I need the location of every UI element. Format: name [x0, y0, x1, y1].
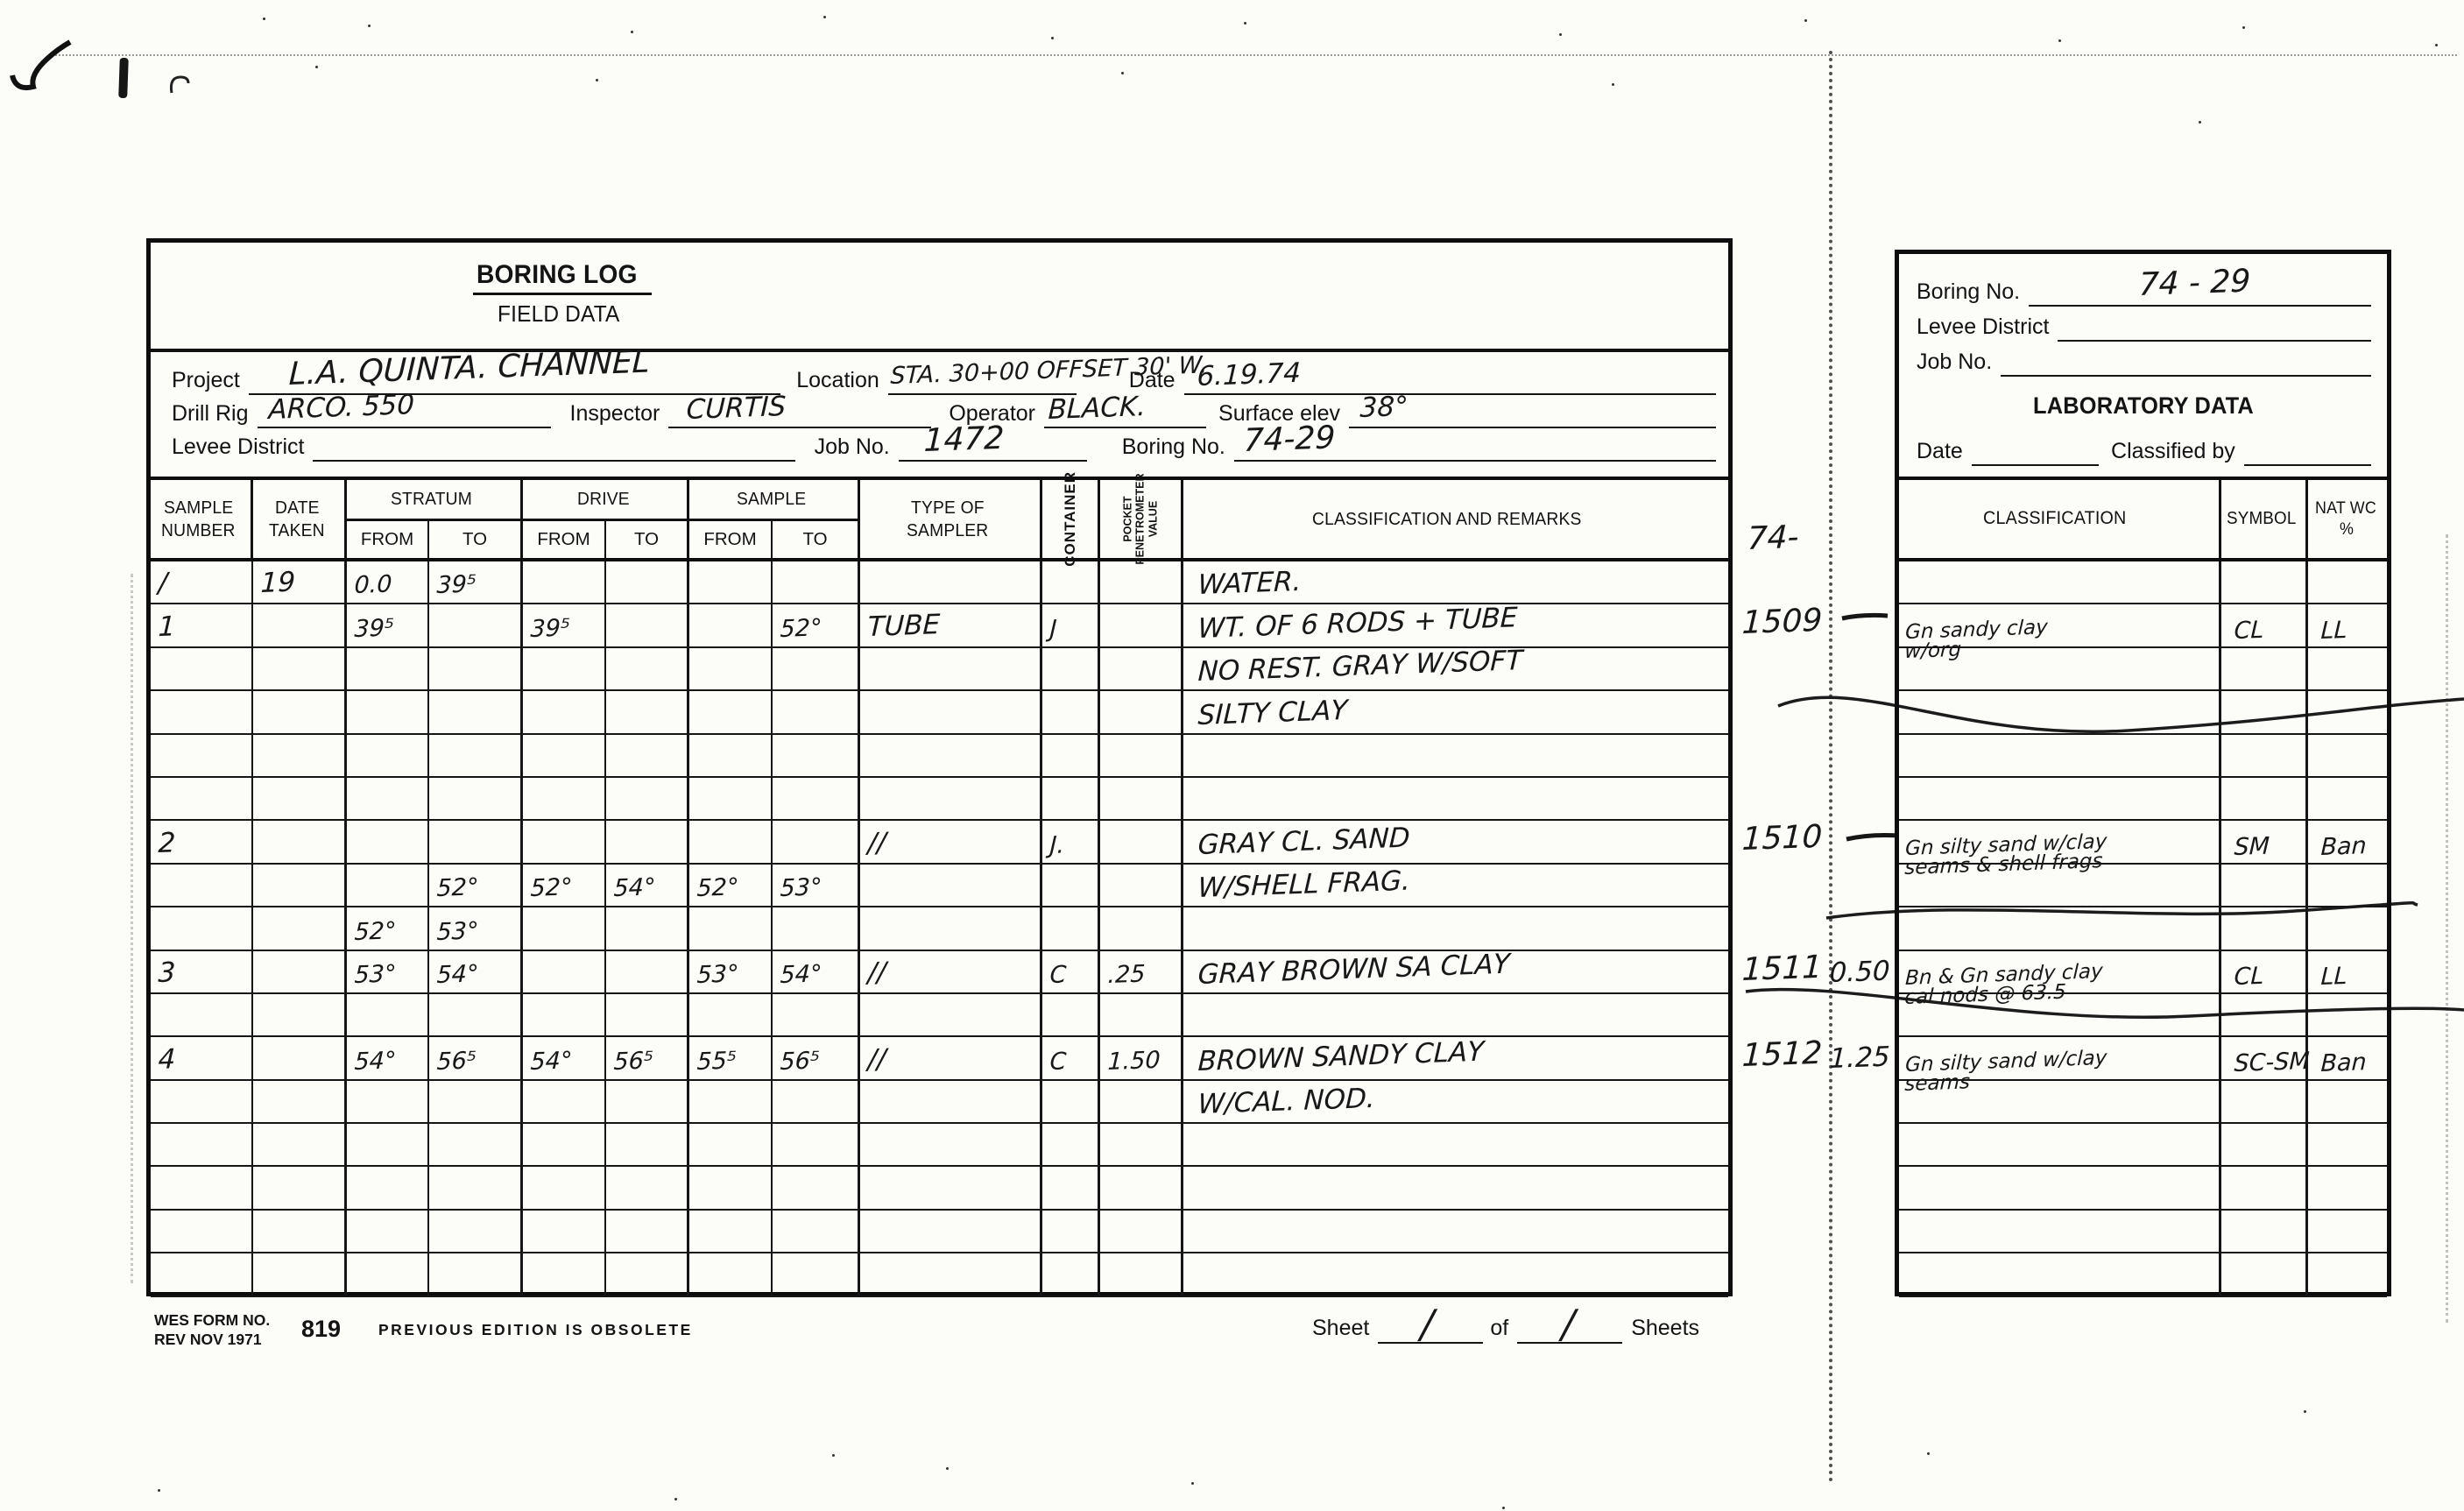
cell-classification-value: BROWN SANDY CLAY — [1197, 1035, 1485, 1077]
lab-symbol-value: CL — [2234, 963, 2264, 991]
sheets-number-field: ∕ — [1517, 1305, 1622, 1344]
cell-date-taken — [253, 691, 347, 734]
lab-date-label: Date — [1917, 441, 1963, 466]
cell-type-of-sampler — [860, 907, 1042, 950]
lab-table-row: Gn silty sand w/clayseamsSC-SMBan — [1899, 1037, 2387, 1080]
lab-classification-value — [1904, 1281, 2220, 1310]
cell-sample-to — [773, 778, 860, 821]
cell-pocket-penetrometer — [1100, 1253, 1183, 1296]
lab-margin-value: 1.25 — [1829, 1041, 1890, 1075]
cell-sample-number — [151, 1124, 253, 1167]
cell-classification: WATER. — [1183, 561, 1728, 604]
cell-container — [1042, 907, 1100, 950]
cell-sample-from — [689, 1124, 773, 1167]
cell-sample-to — [773, 1081, 860, 1124]
cell-classification-value: WATER. — [1197, 566, 1302, 601]
col-container: CONTAINER — [1042, 480, 1100, 558]
cell-sample-number — [151, 1081, 253, 1124]
cell-stratum-to — [429, 1081, 523, 1124]
cell-classification: SILTY CLAY — [1183, 691, 1728, 734]
cell-sample-to: 54° — [773, 951, 860, 994]
cell-date-taken — [253, 994, 347, 1037]
lab-col-nat-wc: NAT WC% — [2308, 480, 2387, 558]
cell-classification: W/SHELL FRAG. — [1183, 865, 1728, 907]
cell-sample-number — [151, 778, 253, 821]
cell-type-of-sampler — [860, 735, 1042, 778]
cell-classification — [1183, 907, 1728, 950]
cell-sample-number — [151, 865, 253, 907]
col-date-taken: DATETAKEN — [253, 480, 347, 558]
field-table-row: W/CAL. NOD. — [151, 1081, 1728, 1124]
cell-date-taken — [253, 865, 347, 907]
operator-field: BLACK. — [1044, 392, 1206, 428]
cell-sample-to — [773, 994, 860, 1037]
cell-lab-symbol — [2221, 1081, 2308, 1124]
cell-stratum-from — [347, 691, 429, 734]
cell-sample-from-value: 53° — [696, 960, 739, 989]
cell-lab-symbol — [2221, 994, 2308, 1037]
cell-sample-number-value: 2 — [158, 827, 176, 859]
cell-drive-from — [523, 951, 606, 994]
cell-stratum-to — [429, 1124, 523, 1167]
cell-sample-number: 1 — [151, 604, 253, 647]
cell-type-of-sampler — [860, 1124, 1042, 1167]
cell-lab-symbol: SM — [2221, 821, 2308, 864]
cell-sample-from — [689, 778, 773, 821]
cell-drive-to — [606, 778, 689, 821]
cell-stratum-to: 56⁵ — [429, 1037, 523, 1080]
cell-sample-number: 2 — [151, 821, 253, 864]
cell-drive-from: 52° — [523, 865, 606, 907]
cell-date-taken — [253, 778, 347, 821]
cell-sample-from — [689, 735, 773, 778]
cell-lab-classification — [1899, 735, 2221, 778]
cell-drive-from: 39⁵ — [523, 604, 606, 647]
sheets-label: Sheets — [1631, 1316, 1699, 1344]
cell-sample-number-value: ∕ — [158, 568, 168, 599]
field-table-row — [151, 994, 1728, 1037]
cell-stratum-to — [429, 821, 523, 864]
cell-pocket-penetrometer — [1100, 1124, 1183, 1167]
cell-drive-to — [606, 1253, 689, 1296]
cell-pocket-penetrometer: 1.50 — [1100, 1037, 1183, 1080]
cell-container — [1042, 1081, 1100, 1124]
margin-log-number: 1511 — [1741, 949, 1823, 987]
cell-drive-from — [523, 1124, 606, 1167]
cell-drive-from — [523, 994, 606, 1037]
cell-stratum-from — [347, 1211, 429, 1253]
cell-pocket-penetrometer — [1100, 1081, 1183, 1124]
corner-note: 74- — [1747, 519, 1799, 557]
cell-lab-symbol — [2221, 1211, 2308, 1253]
scanned-boring-log-page: BORING LOG FIELD DATA Project L.A. QUINT… — [0, 0, 2464, 1511]
cell-sample-from — [689, 1211, 773, 1253]
cell-sample-number-value: 3 — [158, 957, 176, 989]
cell-sample-number — [151, 907, 253, 950]
cell-classification — [1183, 994, 1728, 1037]
cell-classification — [1183, 1253, 1728, 1296]
cell-lab-symbol — [2221, 1253, 2308, 1296]
cell-sample-number: 3 — [151, 951, 253, 994]
cell-container-value: J — [1049, 615, 1057, 642]
cell-stratum-from-value: 54° — [354, 1047, 397, 1076]
cell-sample-from-value: 52° — [696, 873, 739, 902]
cell-stratum-to-value: 54° — [436, 960, 479, 989]
cell-sample-to-value: 54° — [780, 960, 823, 989]
sheet-number-field: ∕ — [1378, 1305, 1483, 1344]
lab-table-row — [1899, 1253, 2387, 1296]
cell-pocket-penetrometer — [1100, 865, 1183, 907]
cell-sample-number — [151, 648, 253, 691]
cell-container — [1042, 1253, 1100, 1296]
cell-sample-number — [151, 994, 253, 1037]
cell-classification — [1183, 1167, 1728, 1210]
lab-symbol-value: CL — [2234, 617, 2264, 645]
cell-drive-from — [523, 1167, 606, 1210]
cell-sample-from — [689, 1167, 773, 1210]
lab-table-row — [1899, 907, 2387, 950]
form-number: 819 — [301, 1316, 341, 1343]
levee-district-field — [313, 425, 794, 462]
cell-drive-from — [523, 821, 606, 864]
cell-drive-from — [523, 1081, 606, 1124]
of-label: of — [1490, 1316, 1508, 1344]
boring-no-field: 74-29 — [1234, 425, 1716, 462]
cell-lab-classification — [1899, 865, 2221, 907]
cell-stratum-from — [347, 1167, 429, 1210]
cell-stratum-from: 39⁵ — [347, 604, 429, 647]
cell-stratum-from: 53° — [347, 951, 429, 994]
lab-job-no-field — [2001, 342, 2371, 377]
cell-date-taken — [253, 907, 347, 950]
lab-table-row: Gn sandy clayw/orgCLLL — [1899, 604, 2387, 647]
lab-boring-no-label: Boring No. — [1917, 281, 2020, 307]
cell-drive-from — [523, 648, 606, 691]
cell-sample-from-value: 55⁵ — [696, 1047, 737, 1076]
cell-date-taken — [253, 648, 347, 691]
cell-drive-from-value: 54° — [530, 1047, 573, 1076]
cell-lab-nat-wc: LL — [2308, 604, 2387, 647]
cell-sample-to: 53° — [773, 865, 860, 907]
drill-rig-field: ARCO. 550 — [258, 392, 551, 428]
lab-nat-wc-value: Ban — [2320, 1049, 2367, 1077]
cell-type-of-sampler — [860, 1081, 1042, 1124]
job-no-value: 1472 — [923, 420, 1005, 459]
cell-sample-from: 55⁵ — [689, 1037, 773, 1080]
boring-no-label: Boring No. — [1122, 436, 1225, 462]
form-no-line2: REV NOV 1971 — [154, 1331, 270, 1350]
cell-stratum-to — [429, 691, 523, 734]
cell-container — [1042, 691, 1100, 734]
cell-drive-to — [606, 561, 689, 604]
cell-sample-to — [773, 561, 860, 604]
date-value: 6.19.74 — [1197, 357, 1302, 392]
cell-type-of-sampler — [860, 1253, 1042, 1296]
cell-container — [1042, 1167, 1100, 1210]
margin-log-number: 1510 — [1741, 819, 1823, 858]
cell-sample-to — [773, 691, 860, 734]
field-table-row: 52°52°54°52°53°W/SHELL FRAG. — [151, 865, 1728, 907]
lab-table-row: Gn silty sand w/clayseams & shell fragsS… — [1899, 821, 2387, 864]
cell-date-taken — [253, 604, 347, 647]
cell-pocket-penetrometer-value: 1.50 — [1107, 1047, 1161, 1076]
cell-stratum-from — [347, 735, 429, 778]
cell-pocket-penetrometer: .25 — [1100, 951, 1183, 994]
margin-log-number: 1509 — [1741, 603, 1823, 641]
field-table-row — [151, 1211, 1728, 1253]
cell-sample-from — [689, 1253, 773, 1296]
cell-drive-to — [606, 735, 689, 778]
project-label: Project — [172, 370, 240, 395]
cell-pocket-penetrometer — [1100, 604, 1183, 647]
cell-sample-from — [689, 561, 773, 604]
cell-sample-number — [151, 1211, 253, 1253]
cell-lab-nat-wc — [2308, 648, 2387, 691]
cell-lab-symbol — [2221, 778, 2308, 821]
job-no-label: Job No. — [815, 436, 890, 462]
cell-lab-classification: Gn sandy clayw/org — [1899, 604, 2221, 647]
cell-stratum-from — [347, 865, 429, 907]
lab-classified-by-label: Classified by — [2111, 441, 2235, 466]
lab-table-body: Gn sandy clayw/orgCLLLGn silty sand w/cl… — [1899, 561, 2387, 1297]
header-divider — [151, 349, 1728, 352]
lab-symbol-value: SM — [2234, 832, 2270, 860]
cell-lab-nat-wc — [2308, 561, 2387, 604]
cell-classification — [1183, 735, 1728, 778]
cell-lab-nat-wc: Ban — [2308, 821, 2387, 864]
surface-elev-field: 38° — [1349, 392, 1716, 428]
cell-type-of-sampler — [860, 994, 1042, 1037]
cell-lab-symbol: SC-SM — [2221, 1037, 2308, 1080]
sheet-label: Sheet — [1312, 1316, 1369, 1344]
col-sample-number: SAMPLENUMBER — [151, 480, 253, 558]
col-type-of-sampler: TYPE OFSAMPLER — [860, 480, 1042, 558]
cell-drive-to — [606, 1167, 689, 1210]
cell-sample-from — [689, 604, 773, 647]
cell-pocket-penetrometer — [1100, 821, 1183, 864]
cell-drive-to — [606, 821, 689, 864]
field-table-row — [151, 735, 1728, 778]
cell-sample-number-value: 1 — [158, 611, 176, 643]
obsolete-note: PREVIOUS EDITION IS OBSOLETE — [378, 1321, 693, 1339]
lab-table-row — [1899, 778, 2387, 821]
cell-classification: W/CAL. NOD. — [1183, 1081, 1728, 1124]
date-field: 6.19.74 — [1184, 358, 1716, 395]
lab-job-no-label: Job No. — [1917, 351, 1992, 377]
cell-drive-to: 54° — [606, 865, 689, 907]
scan-dotted-line — [48, 54, 2457, 56]
col-drive: DRIVE FROMTO — [523, 480, 689, 558]
cell-date-taken — [253, 1081, 347, 1124]
lab-classified-by-field — [2244, 431, 2371, 466]
cell-lab-classification — [1899, 907, 2221, 950]
form-number-block: WES FORM NO. REV NOV 1971 — [154, 1311, 270, 1350]
margin-log-number: 1512 — [1741, 1035, 1823, 1074]
project-field: L.A. QUINTA. CHANNEL — [249, 358, 780, 395]
lab-col-classification: CLASSIFICATION — [1899, 480, 2221, 558]
cell-pocket-penetrometer — [1100, 1211, 1183, 1253]
cell-container: C — [1042, 1037, 1100, 1080]
cell-drive-to-value: 54° — [613, 873, 656, 902]
cell-lab-symbol — [2221, 735, 2308, 778]
cell-stratum-to — [429, 994, 523, 1037]
cell-type-of-sampler: TUBE — [860, 604, 1042, 647]
cell-container — [1042, 865, 1100, 907]
cell-stratum-from — [347, 648, 429, 691]
cell-lab-classification — [1899, 778, 2221, 821]
cell-drive-to — [606, 1124, 689, 1167]
field-table-row — [151, 1124, 1728, 1167]
cell-stratum-to: 53° — [429, 907, 523, 950]
cell-type-of-sampler-value: ∕∕ — [867, 957, 886, 989]
lab-boring-no-value: 74 - 29 — [2138, 263, 2251, 303]
drill-rig-label: Drill Rig — [172, 403, 249, 428]
cell-date-taken — [253, 1211, 347, 1253]
cell-stratum-from — [347, 1124, 429, 1167]
cell-lab-classification — [1899, 1081, 2221, 1124]
cell-lab-classification — [1899, 1211, 2221, 1253]
cell-lab-nat-wc — [2308, 735, 2387, 778]
cell-stratum-from — [347, 1081, 429, 1124]
cell-sample-from: 53° — [689, 951, 773, 994]
cell-lab-nat-wc — [2308, 778, 2387, 821]
field-data-form: BORING LOG FIELD DATA Project L.A. QUINT… — [146, 238, 1733, 1296]
cell-sample-to: 52° — [773, 604, 860, 647]
lab-table-row — [1899, 865, 2387, 907]
field-table-row: 52°53° — [151, 907, 1728, 950]
cell-type-of-sampler: ∕∕ — [860, 951, 1042, 994]
cell-classification-value: W/CAL. NOD. — [1197, 1083, 1375, 1120]
job-no-field: 1472 — [899, 425, 1087, 462]
cell-stratum-from-value: 52° — [354, 917, 397, 946]
field-table-row — [151, 778, 1728, 821]
cell-pocket-penetrometer-value: .25 — [1107, 960, 1146, 989]
lab-boring-no-field: 74 - 29 — [2029, 272, 2371, 307]
cell-stratum-to — [429, 648, 523, 691]
cell-classification-value: SILTY CLAY — [1197, 695, 1348, 731]
cell-container — [1042, 1124, 1100, 1167]
lab-table-row — [1899, 561, 2387, 604]
col-classification-remarks: CLASSIFICATION AND REMARKS — [1183, 480, 1728, 558]
cell-classification-value: GRAY BROWN SA CLAY — [1197, 948, 1510, 990]
field-table-row: ∕190.039⁵WATER. — [151, 561, 1728, 604]
cell-classification-value: W/SHELL FRAG. — [1197, 865, 1411, 905]
cell-sample-number — [151, 735, 253, 778]
cell-stratum-to-value: 56⁵ — [436, 1047, 477, 1076]
cell-container-value: C — [1049, 961, 1067, 989]
cell-stratum-from — [347, 778, 429, 821]
cell-drive-from — [523, 735, 606, 778]
cell-date-taken: 19 — [253, 561, 347, 604]
cell-sample-to — [773, 907, 860, 950]
col-sample-to: TO — [773, 521, 858, 558]
col-stratum-to: TO — [429, 521, 520, 558]
cell-lab-classification: Bn & Gn sandy claycal nods @ 63.5 — [1899, 951, 2221, 994]
cell-sample-to — [773, 648, 860, 691]
cell-drive-from — [523, 1253, 606, 1296]
cell-sample-to-value: 52° — [780, 614, 823, 643]
cell-drive-from — [523, 561, 606, 604]
field-table-body: ∕190.039⁵WATER.139⁵39⁵52°TUBEJWT. OF 6 R… — [151, 561, 1728, 1297]
col-drive-to: TO — [606, 521, 687, 558]
cell-type-of-sampler-value: ∕∕ — [867, 827, 886, 859]
drill-rig-value: ARCO. 550 — [268, 389, 415, 426]
cell-lab-nat-wc: LL — [2308, 951, 2387, 994]
cell-stratum-to — [429, 604, 523, 647]
cell-container — [1042, 561, 1100, 604]
cell-stratum-to — [429, 1253, 523, 1296]
cell-type-of-sampler — [860, 778, 1042, 821]
cell-drive-to — [606, 1211, 689, 1253]
cell-container: C — [1042, 951, 1100, 994]
cell-container — [1042, 994, 1100, 1037]
cell-date-taken-value: 19 — [260, 567, 296, 599]
cell-drive-to — [606, 604, 689, 647]
field-table-header: SAMPLENUMBER DATETAKEN STRATUM FROMTO DR… — [151, 477, 1728, 561]
cell-type-of-sampler — [860, 1167, 1042, 1210]
cell-lab-nat-wc — [2308, 1081, 2387, 1124]
cell-stratum-from — [347, 821, 429, 864]
cell-lab-symbol — [2221, 648, 2308, 691]
cell-stratum-to — [429, 778, 523, 821]
cell-pocket-penetrometer — [1100, 648, 1183, 691]
lab-table-row — [1899, 691, 2387, 734]
col-stratum-from: FROM — [347, 521, 429, 558]
field-table-row — [151, 1253, 1728, 1296]
cell-sample-from — [689, 691, 773, 734]
operator-value: BLACK. — [1048, 391, 1147, 426]
cell-pocket-penetrometer — [1100, 994, 1183, 1037]
cell-lab-nat-wc — [2308, 1167, 2387, 1210]
col-pocket-penetrometer: POCKETPENETROMETERVALUE — [1100, 480, 1183, 558]
cell-drive-to — [606, 951, 689, 994]
lab-table-row — [1899, 1081, 2387, 1124]
cell-container-value: J. — [1049, 831, 1065, 859]
cell-lab-symbol — [2221, 907, 2308, 950]
cell-sample-number — [151, 691, 253, 734]
lab-title: LABORATORY DATA — [1899, 392, 2387, 420]
cell-lab-symbol — [2221, 1167, 2308, 1210]
cell-lab-symbol — [2221, 1124, 2308, 1167]
cell-lab-nat-wc — [2308, 1124, 2387, 1167]
lab-levee-district-label: Levee District — [1917, 316, 2049, 342]
cell-type-of-sampler — [860, 865, 1042, 907]
cell-lab-symbol: CL — [2221, 951, 2308, 994]
lab-levee-district-field — [2058, 307, 2371, 342]
lab-nat-wc-value: LL — [2320, 963, 2348, 991]
cell-drive-from: 54° — [523, 1037, 606, 1080]
cell-type-of-sampler-value: ∕∕ — [867, 1043, 886, 1076]
cell-drive-to — [606, 994, 689, 1037]
cell-drive-to — [606, 1081, 689, 1124]
cell-stratum-from: 0.0 — [347, 561, 429, 604]
form-subtitle: FIELD DATA — [396, 300, 729, 328]
cell-stratum-to: 39⁵ — [429, 561, 523, 604]
cell-sample-from — [689, 907, 773, 950]
cell-pocket-penetrometer — [1100, 1167, 1183, 1210]
cell-drive-to: 56⁵ — [606, 1037, 689, 1080]
field-table-row: NO REST. GRAY W/SOFT — [151, 648, 1728, 691]
cell-lab-nat-wc — [2308, 1253, 2387, 1296]
cell-pocket-penetrometer — [1100, 691, 1183, 734]
cell-container — [1042, 648, 1100, 691]
cell-lab-classification — [1899, 1253, 2221, 1296]
cell-lab-symbol — [2221, 865, 2308, 907]
cell-drive-from-value: 39⁵ — [530, 614, 570, 643]
col-sample: SAMPLE FROMTO — [689, 480, 860, 558]
cell-container: J — [1042, 604, 1100, 647]
cell-stratum-from — [347, 1253, 429, 1296]
